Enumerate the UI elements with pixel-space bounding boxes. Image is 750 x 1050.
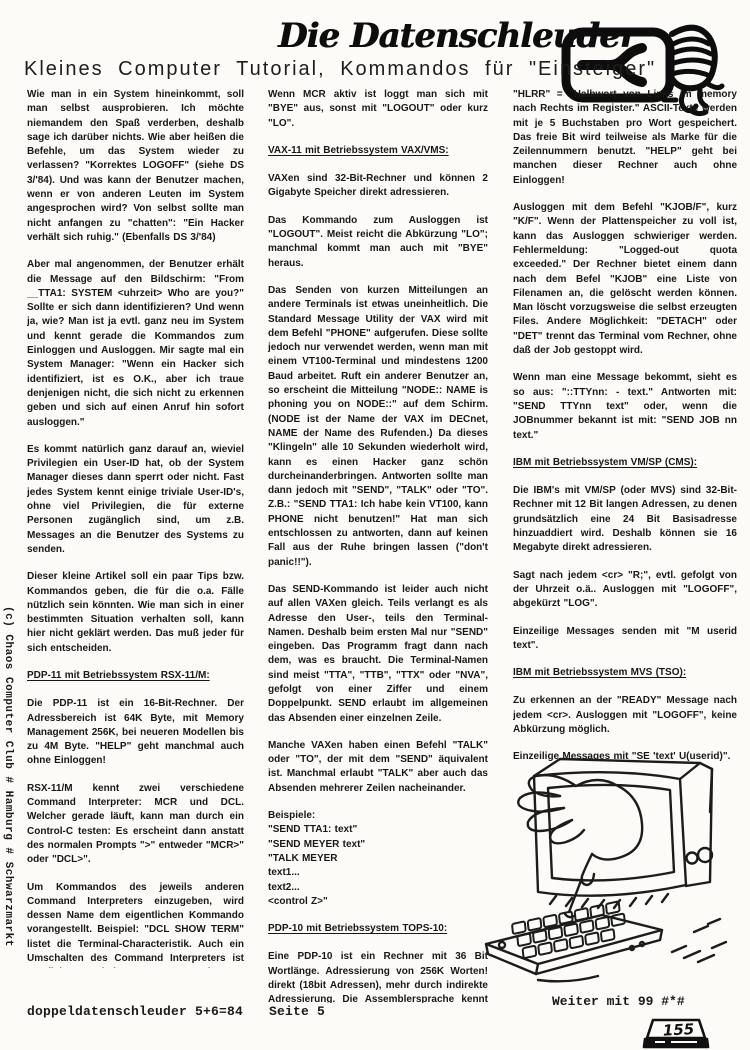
article-headline: Kleines Computer Tutorial, Kommandos für… [24,58,664,81]
page-number-terminal-icon: 155 [641,1018,711,1050]
paragraph: Manche VAXen haben einen Befehl "TALK" o… [268,739,488,796]
paragraph: Das SEND-Kommando ist leider auch nicht … [268,583,488,726]
magazine-page: Die Datenschleuder [0,0,750,1050]
paragraph: Einzeilige Messages senden mit "M userid… [513,625,737,654]
copyright-margin-note: (c) Chaos Computer Club # Hamburg # Schw… [2,606,14,998]
magazine-title: Die Datenschleuder [278,16,568,56]
paragraph: Das Senden von kurzen Mitteilungen an an… [268,284,488,570]
paragraph: Dieser kleine Artikel soll ein paar Tips… [27,570,244,656]
text-column-1: Wie man in ein System hineinkommt, soll … [27,88,244,968]
paragraph: Wie man in ein System hineinkommt, soll … [27,88,244,245]
section-heading: VAX-11 mit Betriebssystem VAX/VMS: [268,144,488,158]
paragraph: "HLRR" = "Halbwort von Links im memory n… [513,88,737,188]
footer-page-label: Seite 5 [269,1004,325,1019]
paragraph: Wenn MCR aktiv ist loggt man sich mit "B… [268,88,488,131]
paragraph: Die IBM's mit VM/SP (oder MVS) sind 32-B… [513,484,737,555]
paragraph: VAXen sind 32-Bit-Rechner und können 2 G… [268,172,488,201]
text-column-2: Wenn MCR aktiv ist loggt man sich mit "B… [268,88,488,1003]
paragraph: Es kommt natürlich ganz darauf an, wievi… [27,443,244,557]
footer-issue: doppeldatenschleuder 5+6=84 [27,1004,243,1019]
page-number: 155 [662,1020,694,1040]
figure-caption: Weiter mit 99 #*# [552,994,685,1009]
paragraph: Wenn man eine Message bekommt, sieht es … [513,371,737,442]
paragraph: Sagt nach jedem <cr> "R;", evtl. gefolgt… [513,569,737,612]
paragraph: Um Kommandos des jeweils anderen Command… [27,881,244,968]
paragraph: RSX-11/M kennt zwei verschiedene Command… [27,782,244,868]
section-heading: IBM mit Betriebssystem VM/SP (CMS): [513,456,737,470]
hand-out-of-terminal-illustration [472,752,747,997]
section-heading: PDP-11 mit Betriebssystem RSX-11/M: [27,669,244,683]
paragraph: Das Kommando zum Ausloggen ist "LOGOUT".… [268,214,488,271]
paragraph: Eine PDP-10 ist ein Rechner mit 36 Bit W… [268,950,488,1003]
paragraph: Aber mal angenommen, der Benutzer erhält… [27,258,244,430]
section-heading: PDP-10 mit Betriebssystem TOPS-10: [268,922,488,936]
footer-imprint: doppeldatenschleuder 5+6=84Seite 5 [27,1004,325,1019]
section-heading: IBM mit Betriebssystem MVS (TSO): [513,666,737,680]
paragraph: Die PDP-11 ist ein 16-Bit-Rechner. Der A… [27,697,244,768]
paragraph: Zu erkennen an der "READY" Message nach … [513,694,737,737]
paragraph: Beispiele: "SEND TTA1: text" "SEND MEYER… [268,809,488,909]
text-column-3: "HLRR" = "Halbwort von Links im memory n… [513,88,737,768]
paragraph: Ausloggen mit dem Befehl "KJOB/F", kurz … [513,201,737,358]
